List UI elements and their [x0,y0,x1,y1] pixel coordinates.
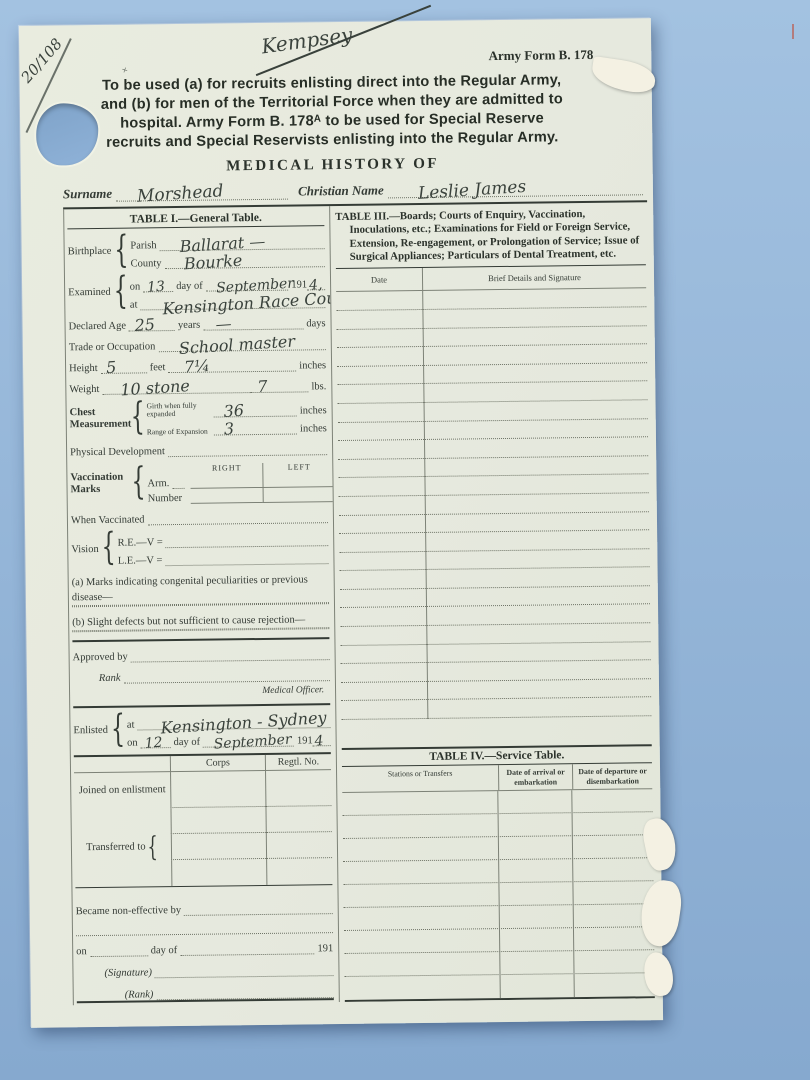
year-prefix: 191 [317,943,333,954]
at-label: at [127,719,135,730]
christian-name-label: Christian Name [298,182,384,199]
table4-rows [342,789,655,1002]
vaccination-marks-label: Vaccination Marks [70,472,128,497]
county-field: Bourke [164,253,325,269]
when-vaccinated-field [147,510,328,526]
feet-label: feet [150,362,166,373]
trade-field: School master [158,336,326,352]
girth-handwritten: 36 [223,401,245,421]
corps-blank-cell [170,771,265,808]
enlisted-year-handwritten: 4 [314,733,324,750]
trade-label: Trade or Occupation [69,341,156,353]
declared-age-handwritten: 25 [134,315,156,335]
when-vaccinated-row: When Vaccinated [71,509,328,527]
examined-day-field: 13 [143,278,173,292]
on-label: on [130,281,141,292]
height-label: Height [69,363,98,374]
non-effective-blank-line [76,914,333,936]
at-label: at [130,299,138,310]
girth-label: Girth when fully expanded [147,401,211,418]
examined-month-field: September [206,277,289,292]
army-form-paper: 20/108 Kempsey + Army Form B. 178 To be … [19,18,663,1028]
inches-label: inches [300,424,327,435]
declared-age-row: Declared Age 25 years — days [68,314,325,332]
arm-right-cell [191,473,263,489]
weight-lbs-field: 7 [250,378,308,393]
medical-officer-label: Medical Officer. [73,685,330,698]
non-effective-field [184,900,333,916]
approved-by-field [131,646,330,662]
physical-development-row: Physical Development [70,441,327,459]
vaccination-marks-group: Vaccination Marks { RIGHT LEFT Arm. Numb… [70,461,327,506]
corps-header: Corps [170,755,265,772]
enlisted-month-handwritten: September [214,731,293,752]
surname-field: Morshead [116,185,288,201]
corps-blank-cell [171,833,266,860]
table1-title: TABLE I.—General Table. [67,208,324,229]
birthplace-group: Birthplace { Parish Ballarat — County Bo… [67,231,324,270]
on-label: on [127,737,138,748]
enlisted-month-field: September [203,732,294,747]
physical-development-field [168,442,327,458]
table4-blank-row [345,973,655,1000]
rank-label: Rank [99,673,121,684]
non-effective-block: Became non-effective by on day of 191 (S… [76,893,334,1001]
weight-row: Weight 10 stone 7 lbs. [69,377,326,395]
christian-name-handwritten: Leslie James [418,177,527,204]
number-label: Number [148,493,183,504]
number-right-cell [191,488,263,504]
expansion-label: Range of Expansion [147,428,211,437]
arm-label: Arm. [147,478,169,489]
name-row: Surname Morshead Christian Name Leslie J… [63,179,643,202]
marks-a-label: (a) Marks indicating congenital peculiar… [72,574,329,605]
rank2-label: (Rank) [125,989,154,1000]
left-eye-vision-label: L.E.—V = [118,556,163,568]
table3-blank-row [341,698,651,720]
arm-field [172,475,185,489]
section-rule [73,703,330,708]
trade-row: Trade or Occupation School master [69,335,326,353]
examined-day-handwritten: 13 [146,279,165,296]
corps-table: Corps Regtl. No. Joined on enlistment Tr… [74,752,333,888]
declared-age-label: Declared Age [69,320,127,332]
right-column: TABLE III.—Boards; Courts of Enquiry, Va… [329,202,657,1002]
table1-general-table: TABLE I.—General Table. Birthplace { Par… [63,206,339,1005]
right-eye-vision-label: R.E.—V = [118,538,163,550]
usage-instructions: To be used (a) for recruits enlisting di… [58,71,607,154]
details-header: Brief Details and Signature [422,266,646,291]
regtl-blank-cell [265,770,331,807]
weight-field: 10 stone [102,379,250,395]
enlisted-group: Enlisted { at Kensington - Sydney on 12 … [73,710,330,749]
age-days-handwritten: — [215,314,232,334]
arm-left-cell [263,472,335,488]
examined-label: Examined [68,287,111,299]
brace-glyph: { [114,274,128,312]
signature-field [155,962,334,978]
brace-glyph: { [147,834,158,861]
trade-handwritten: School master [178,331,295,357]
enlisted-place-field: Kensington - Sydney [137,714,330,730]
parish-label: Parish [130,240,156,251]
section-rule [72,637,329,642]
arrival-header: Date of arrival or embarkation [498,764,572,790]
lbs-label: lbs. [311,381,326,392]
non-effective-date-row: on day of 191 [76,939,333,957]
rank2-row: (Rank) [125,983,334,1001]
weight-label: Weight [69,384,99,395]
when-vaccinated-label: When Vaccinated [71,515,145,527]
corps-blank-cell [170,807,265,834]
chest-group: Chest Measurement { Girth when fully exp… [69,397,326,438]
day-of-label: day of [151,945,178,956]
number-left-cell [263,487,335,503]
surname-label: Surname [63,186,112,203]
enlisted-year-field: 4 [313,732,331,746]
inches-label: inches [299,360,326,371]
brace-glyph: { [131,465,145,503]
height-row: Height 5 feet 7¼ inches [69,356,326,374]
regtl-no-header: Regtl. No. [265,754,331,771]
brace-glyph: { [101,530,115,568]
physical-development-label: Physical Development [70,447,165,459]
transferred-to-text: Transferred to [86,841,146,854]
transferred-to-label: Transferred to { [74,808,171,887]
date-header: Date [336,268,422,291]
declared-age-field: 25 [129,317,175,332]
expansion-field: 3 [214,421,297,436]
signature-label: (Signature) [104,967,152,979]
brace-glyph: { [130,399,144,437]
vision-group: Vision { R.E.—V = L.E.—V = [71,529,328,568]
table4-service-table: TABLE IV.—Service Table. Stations or Tra… [342,744,655,1001]
brace-glyph: { [114,233,128,271]
height-inches-handwritten: 7¼ [183,356,210,377]
girth-field: 36 [214,403,297,418]
stations-header: Stations or Transfers [342,765,498,792]
inches-label: inches [300,406,327,417]
rank-row: Rank [99,666,330,684]
county-handwritten: Bourke [183,251,243,274]
surname-handwritten: Morshead [136,181,224,207]
corps-empty-header [74,756,170,773]
form-title: MEDICAL HISTORY OF [53,154,613,178]
rank2-field [156,984,334,1000]
table4-header-row: Stations or Transfers Date of arrival or… [342,763,652,792]
right-eye-vision-field [166,533,329,549]
height-feet-handwritten: 5 [106,357,117,377]
enlisted-day-field: 12 [140,734,170,748]
joined-on-enlistment-label: Joined on enlistment [74,772,170,809]
county-label: County [130,258,161,269]
height-feet-field: 5 [101,359,147,374]
day-of-label: day of [176,281,203,292]
enlisted-label: Enlisted [73,725,108,736]
non-effective-label: Became non-effective by [76,905,181,917]
brace-glyph: { [111,712,125,750]
table3-rows [336,289,651,720]
form-body: TABLE I.—General Table. Birthplace { Par… [63,200,657,1005]
ne-month-field [180,940,314,956]
departure-header: Date of departure or disembarkation [572,763,652,789]
approved-by-label: Approved by [73,652,128,664]
left-eye-vision-field [165,551,328,567]
approved-by-row: Approved by [73,645,330,663]
enlisted-day-handwritten: 12 [144,735,163,752]
on-label: on [76,946,87,957]
examined-place-field: Kensington Race Course [140,294,325,310]
height-inches-field: 7¼ [168,357,296,373]
paper-hole-damage [36,103,99,166]
regtl-blank-cell [265,806,331,833]
day-of-label: day of [174,737,201,748]
weight-lbs-handwritten: 7 [257,377,268,397]
chest-label: Chest Measurement [70,406,128,431]
examined-group: Examined { on 13 day of September 191 4,… [68,272,325,311]
year-prefix: 191 [297,735,313,746]
vision-label: Vision [71,544,99,555]
table3-title: TABLE III.—Boards; Courts of Enquiry, Va… [335,204,646,268]
ne-day-field [90,942,148,957]
regtl-blank-cell [266,832,332,859]
rank-field [123,667,330,684]
corps-blank-cell [171,859,266,886]
christian-name-field: Leslie James [388,181,643,198]
parish-field: Ballarat — [159,235,324,251]
age-days-field: — [203,315,303,330]
years-label: years [178,320,200,331]
red-ink-mark [792,24,794,39]
days-label: days [306,318,325,329]
expansion-handwritten: 3 [223,419,234,439]
non-effective-row: Became non-effective by [76,899,333,917]
regtl-blank-cell [266,858,332,885]
signature-row: (Signature) [104,961,333,979]
birthplace-label: Birthplace [68,246,112,258]
